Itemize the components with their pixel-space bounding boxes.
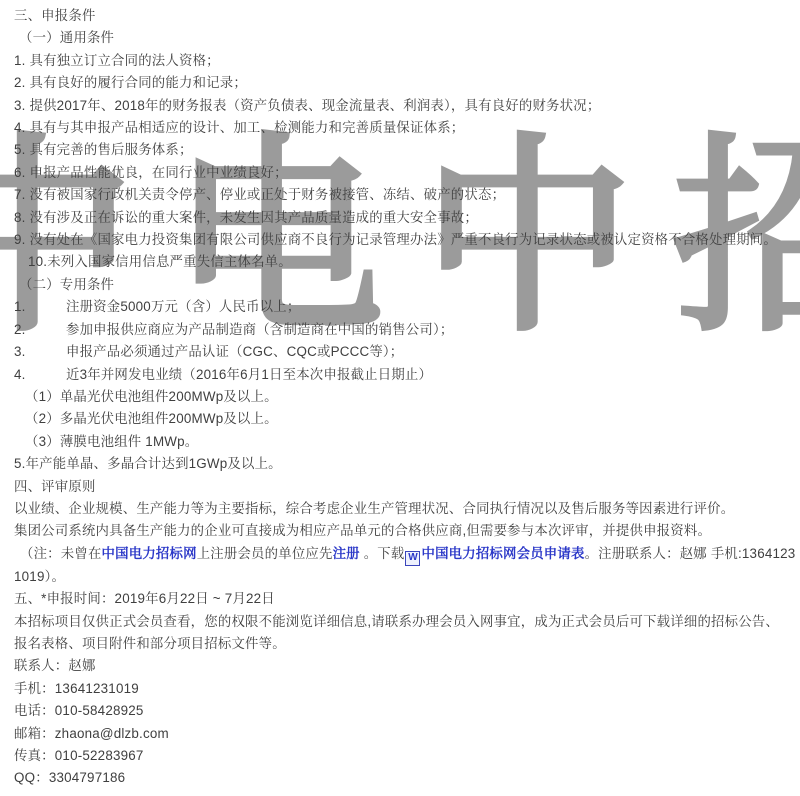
text-segment: （二）专用条件 (19, 277, 114, 292)
inline-link[interactable]: 注册 (333, 546, 360, 561)
text-line: 6. 申报产品性能优良，在同行业中业绩良好； (14, 162, 800, 184)
text-line: 3. 提供2017年、2018年的财务报表（资产负债表、现金流量表、利润表），具… (14, 95, 800, 117)
text-segment: 本招标项目仅供正式会员查看，您的权限不能浏览详细信息,请联系办理会员入网事宜，成… (14, 614, 779, 629)
text-line: 1. 具有独立订立合同的法人资格； (14, 50, 800, 72)
text-segment: 四、评审原则 (14, 479, 96, 494)
text-segment: 6. 申报产品性能优良，在同行业中业绩良好； (14, 165, 288, 180)
text-segment: 。下载 (360, 546, 405, 561)
text-line: 1.注册资金5000万元（含）人民币以上； (14, 296, 800, 318)
text-segment: 联系人：赵娜 (14, 658, 96, 673)
text-line: （1）单晶光伏电池组件200MWp及以上。 (14, 386, 800, 408)
text-segment: 上注册会员的单位应先 (197, 546, 333, 561)
item-number: 2. (14, 319, 66, 341)
text-segment: 10.未列入国家信用信息严重失信主体名单。 (28, 254, 292, 269)
text-line: （2）多晶光伏电池组件200MWp及以上。 (14, 408, 800, 430)
text-segment: QQ：3304797186 (14, 770, 125, 785)
text-segment: （一）通用条件 (19, 30, 114, 45)
text-segment: 8. 没有涉及正在诉讼的重大案件，未发生因其产品质量造成的重大安全事故； (14, 210, 478, 225)
document-content: 三、申报条件（一）通用条件1. 具有独立订立合同的法人资格；2. 具有良好的履行… (0, 0, 800, 790)
text-line: 本招标项目仅供正式会员查看，您的权限不能浏览详细信息,请联系办理会员入网事宜，成… (14, 611, 800, 633)
subheading-general-conditions: （一）通用条件 (14, 27, 800, 49)
text-line: 1019）。 (14, 566, 800, 588)
text-segment: 7. 没有被国家行政机关责令停产、停业或正处于财务被接管、冻结、破产的状态； (14, 187, 505, 202)
text-segment: 2. 具有良好的履行合同的能力和记录； (14, 75, 247, 90)
item-number: 3. (14, 341, 66, 363)
text-segment: 4. 具有与其申报产品相适应的设计、加工、检测能力和完善质量保证体系； (14, 120, 464, 135)
text-segment: 集团公司系统内具备生产能力的企业可直接成为相应产品单元的合格供应商,但需要参与本… (14, 523, 711, 538)
text-segment: 参加申报供应商应为产品制造商（含制造商在中国的销售公司）； (66, 322, 453, 337)
text-line: 4.近3年并网发电业绩（2016年6月1日至本次申报截止日期止） (14, 364, 800, 386)
text-segment: 电话：010-58428925 (14, 703, 144, 718)
text-segment: 3. 提供2017年、2018年的财务报表（资产负债表、现金流量表、利润表），具… (14, 98, 600, 113)
text-line: 3.申报产品必须通过产品认证（CGC、CQC或PCCC等）； (14, 341, 800, 363)
text-line: 报名表格、项目附件和部分项目招标文件等。 (14, 633, 800, 655)
text-segment: 邮箱：zhaona@dlzb.com (14, 726, 169, 741)
text-line: 2.参加申报供应商应为产品制造商（含制造商在中国的销售公司）； (14, 319, 800, 341)
registration-note: （注：未曾在中国电力招标网上注册会员的单位应先注册 。下载W中国电力招标网会员申… (14, 543, 800, 566)
text-segment: 申报产品必须通过产品认证（CGC、CQC或PCCC等）； (66, 344, 403, 359)
text-segment: （3）薄膜电池组件 1MWp。 (25, 434, 198, 449)
text-segment: 手机：13641231019 (14, 681, 139, 696)
text-segment: 注册资金5000万元（含）人民币以上； (66, 299, 300, 314)
text-segment: （2）多晶光伏电池组件200MWp及以上。 (25, 411, 278, 426)
text-line: 8. 没有涉及正在诉讼的重大案件，未发生因其产品质量造成的重大安全事故； (14, 207, 800, 229)
text-line: 7. 没有被国家行政机关责令停产、停业或正处于财务被接管、冻结、破产的状态； (14, 184, 800, 206)
text-segment: 。注册联系人：赵娜 手机:1364123 (585, 546, 796, 561)
text-segment: 1019）。 (14, 569, 65, 584)
heading-review-principles: 四、评审原则 (14, 476, 800, 498)
contact-fax: 传真：010-52283967 (14, 745, 800, 767)
item-number: 1. (14, 296, 66, 318)
contact-name: 联系人：赵娜 (14, 655, 800, 677)
text-line: 5.年产能单晶、多晶合计达到1GWp及以上。 (14, 453, 800, 475)
text-segment: 传真：010-52283967 (14, 748, 144, 763)
document-page: 中电中招 三、申报条件（一）通用条件1. 具有独立订立合同的法人资格；2. 具有… (0, 0, 800, 796)
text-segment: 近3年并网发电业绩（2016年6月1日至本次申报截止日期止） (66, 367, 432, 382)
text-line: 10.未列入国家信用信息严重失信主体名单。 (14, 251, 800, 273)
text-segment: 报名表格、项目附件和部分项目招标文件等。 (14, 636, 286, 651)
text-segment: 五、*申报时间：2019年6月22日 ~ 7月22日 (14, 591, 275, 606)
text-line: （3）薄膜电池组件 1MWp。 (14, 431, 800, 453)
line-application-time: 五、*申报时间：2019年6月22日 ~ 7月22日 (14, 588, 800, 610)
text-line: 4. 具有与其申报产品相适应的设计、加工、检测能力和完善质量保证体系； (14, 117, 800, 139)
inline-link[interactable]: 中国电力招标网 (102, 546, 197, 561)
contact-phone: 电话：010-58428925 (14, 700, 800, 722)
word-doc-icon[interactable]: W (405, 551, 420, 566)
inline-link[interactable]: 中国电力招标网会员申请表 (421, 546, 584, 561)
text-line: 以业绩、企业规模、生产能力等为主要指标，综合考虑企业生产管理状况、合同执行情况以… (14, 498, 800, 520)
text-segment: （注：未曾在 (20, 546, 102, 561)
text-segment: 5. 具有完善的售后服务体系； (14, 142, 193, 157)
text-segment: 1. 具有独立订立合同的法人资格； (14, 53, 220, 68)
contact-qq: QQ：3304797186 (14, 767, 800, 789)
text-segment: （1）单晶光伏电池组件200MWp及以上。 (25, 389, 278, 404)
text-line: 5. 具有完善的售后服务体系； (14, 139, 800, 161)
contact-mobile: 手机：13641231019 (14, 678, 800, 700)
item-number: 4. (14, 364, 66, 386)
text-line: 集团公司系统内具备生产能力的企业可直接成为相应产品单元的合格供应商,但需要参与本… (14, 520, 800, 542)
subheading-special-conditions: （二）专用条件 (14, 274, 800, 296)
heading-application-conditions: 三、申报条件 (14, 5, 800, 27)
text-segment: 5.年产能单晶、多晶合计达到1GWp及以上。 (14, 456, 282, 471)
text-segment: 三、申报条件 (14, 8, 96, 23)
contact-email: 邮箱：zhaona@dlzb.com (14, 723, 800, 745)
text-segment: 以业绩、企业规模、生产能力等为主要指标，综合考虑企业生产管理状况、合同执行情况以… (14, 501, 734, 516)
text-segment: 9. 没有处在《国家电力投资集团有限公司供应商不良行为记录管理办法》严重不良行为… (14, 232, 777, 247)
text-line: 9. 没有处在《国家电力投资集团有限公司供应商不良行为记录管理办法》严重不良行为… (14, 229, 800, 251)
text-line: 2. 具有良好的履行合同的能力和记录； (14, 72, 800, 94)
